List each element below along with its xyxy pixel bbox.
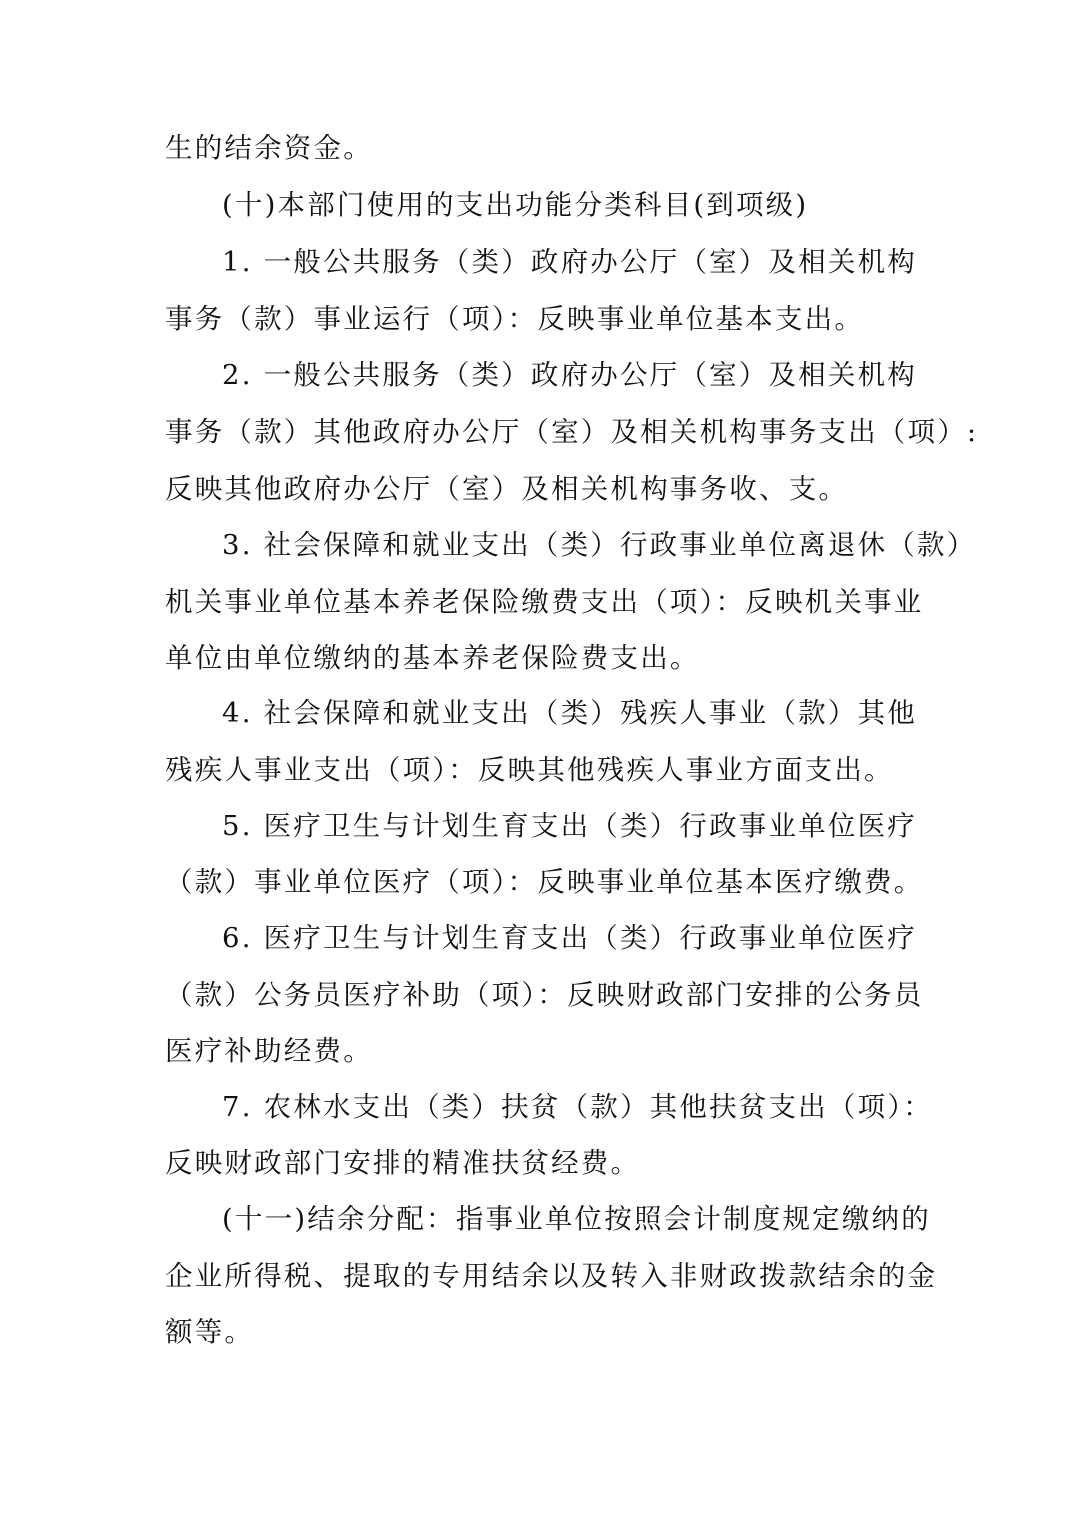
section-11-line-3: 额等。 bbox=[165, 1312, 913, 1352]
list-item-2-line-2: 事务（款）其他政府办公厅（室）及相关机构事务支出（项）: bbox=[165, 412, 913, 452]
list-item-5-line-2: （款）事业单位医疗（项）：反映事业单位基本医疗缴费。 bbox=[165, 862, 913, 902]
list-item-1-line-2: 事务（款）事业运行（项）：反映事业单位基本支出。 bbox=[165, 299, 913, 339]
list-item-6-line-3: 医疗补助经费。 bbox=[165, 1031, 913, 1071]
list-item-7-line-2: 反映财政部门安排的精准扶贫经费。 bbox=[165, 1143, 913, 1183]
list-item-7-line-1: 7. 农林水支出（类）扶贫（款）其他扶贫支出（项）： bbox=[222, 1087, 913, 1127]
section-11-line-1: (十一)结余分配：指事业单位按照会计制度规定缴纳的 bbox=[222, 1199, 913, 1239]
section-heading-10: (十)本部门使用的支出功能分类科目(到项级) bbox=[222, 185, 913, 225]
list-item-3-line-3: 单位由单位缴纳的基本养老保险费支出。 bbox=[165, 638, 913, 678]
section-11-line-2: 企业所得税、提取的专用结余以及转入非财政拨款结余的金 bbox=[165, 1256, 913, 1296]
list-item-6-line-1: 6. 医疗卫生与计划生育支出（类）行政事业单位医疗 bbox=[222, 918, 913, 958]
list-item-4-line-2: 残疾人事业支出（项）：反映其他残疾人事业方面支出。 bbox=[165, 750, 913, 790]
list-item-2-line-3: 反映其他政府办公厅（室）及相关机构事务收、支。 bbox=[165, 469, 913, 509]
list-item-3-line-1: 3. 社会保障和就业支出（类）行政事业单位离退休（款） bbox=[222, 525, 913, 565]
list-item-2-line-1: 2. 一般公共服务（类）政府办公厅（室）及相关机构 bbox=[222, 355, 913, 395]
paragraph-continuation-line: 生的结余资金。 bbox=[165, 128, 913, 168]
list-item-6-line-2: （款）公务员医疗补助（项）：反映财政部门安排的公务员 bbox=[165, 975, 913, 1015]
document-page: 生的结余资金。 (十)本部门使用的支出功能分类科目(到项级) 1. 一般公共服务… bbox=[0, 0, 1074, 1520]
list-item-5-line-1: 5. 医疗卫生与计划生育支出（类）行政事业单位医疗 bbox=[222, 806, 913, 846]
list-item-4-line-1: 4. 社会保障和就业支出（类）残疾人事业（款）其他 bbox=[222, 693, 913, 733]
list-item-3-line-2: 机关事业单位基本养老保险缴费支出（项）：反映机关事业 bbox=[165, 582, 913, 622]
list-item-1-line-1: 1. 一般公共服务（类）政府办公厅（室）及相关机构 bbox=[222, 242, 913, 282]
